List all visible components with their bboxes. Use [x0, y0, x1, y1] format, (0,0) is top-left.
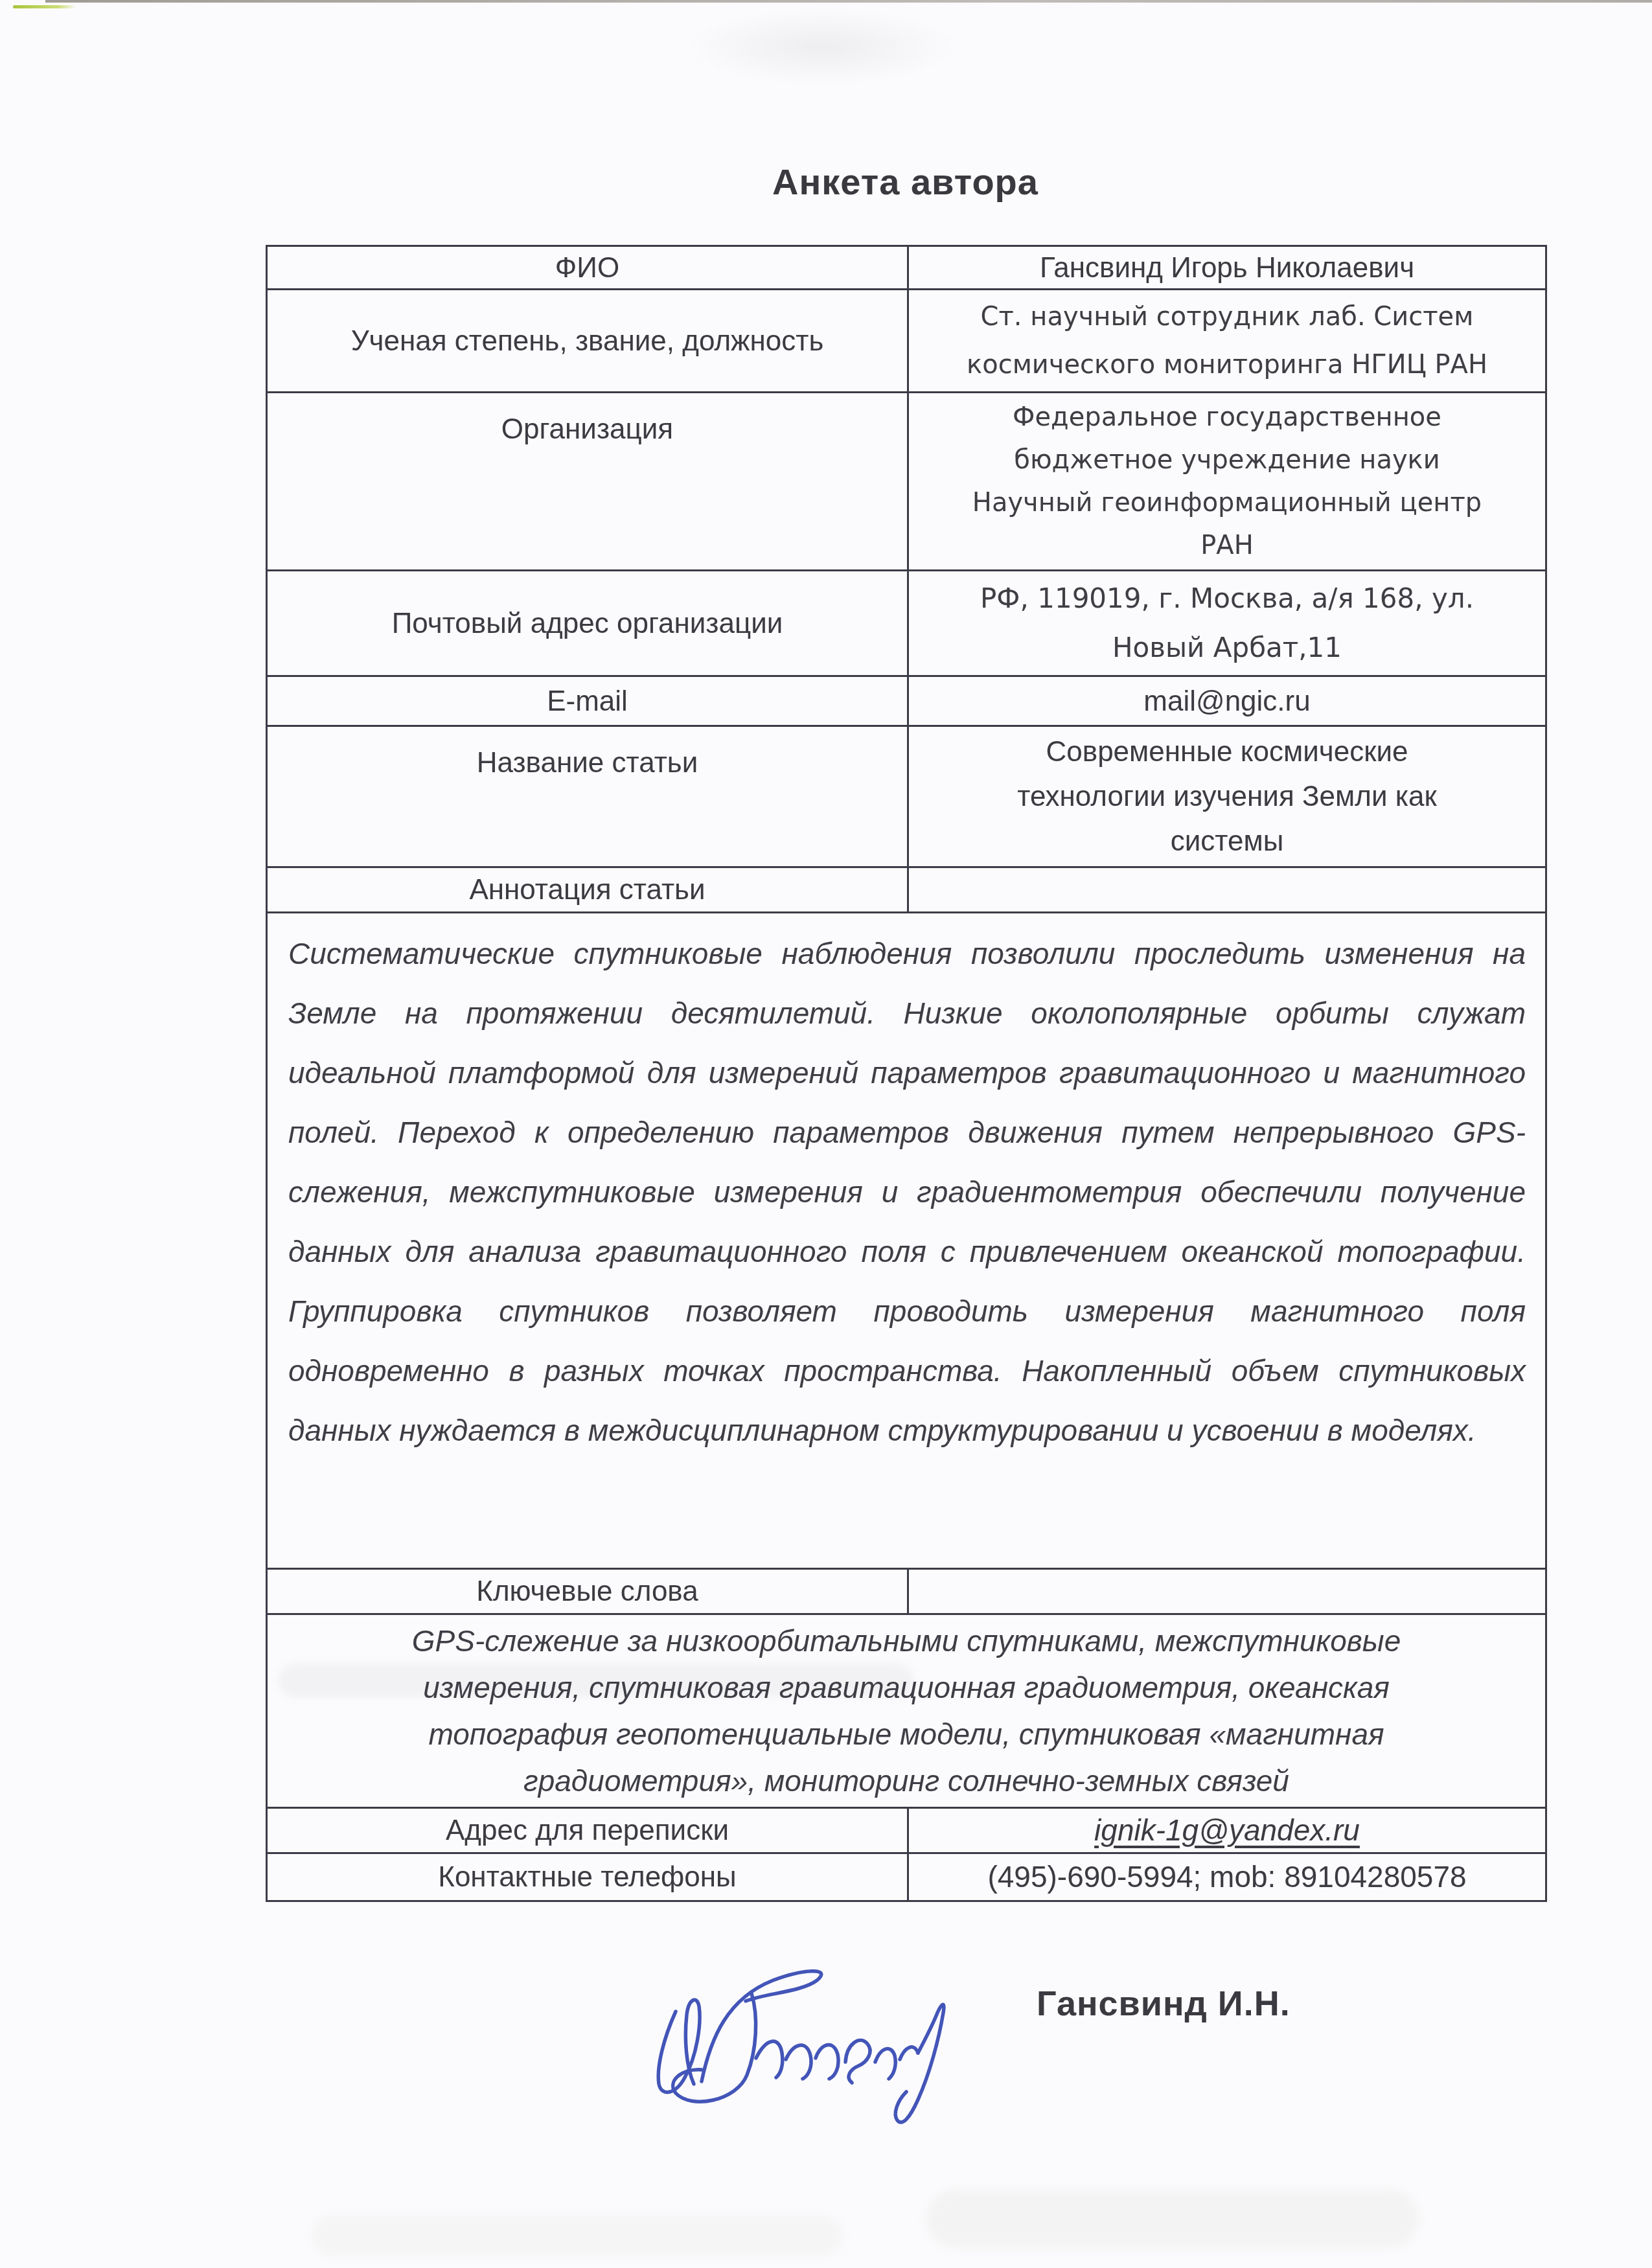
table-row: Название статьи Современные космические …: [267, 726, 1546, 867]
author-form-table: ФИО Гансвинд Игорь Николаевич Ученая сте…: [266, 245, 1547, 1902]
table-row: Адрес для переписки ignik-1g@yandex.ru: [267, 1808, 1546, 1853]
page-title: Анкета автора: [266, 161, 1545, 203]
postal-address-label: Почтовый адрес организации: [267, 571, 908, 676]
signature-image: [619, 1934, 981, 2141]
scanned-author-form-page: Анкета автора ФИО Гансвинд Игорь Николае…: [0, 0, 1652, 2268]
scan-edge-artifact: [45, 0, 1652, 3]
keywords-text: GPS-слежение за низкоорбитальными спутни…: [267, 1614, 1546, 1808]
article-title-label: Название статьи: [267, 726, 908, 867]
phones-label: Контактные телефоны: [267, 1853, 908, 1901]
article-title-value: Современные космические технологии изуче…: [908, 726, 1546, 867]
highlighter-mark: [13, 5, 76, 8]
correspondence-address-label: Адрес для переписки: [267, 1808, 908, 1853]
abstract-empty-cell: [908, 867, 1546, 913]
fio-label: ФИО: [267, 246, 908, 290]
organization-label: Организация: [267, 393, 908, 571]
table-row: E-mail mail@ngic.ru: [267, 676, 1546, 726]
email-label: E-mail: [267, 676, 908, 726]
scan-smudge: [311, 2216, 842, 2256]
correspondence-address-value: ignik-1g@yandex.ru: [908, 1808, 1546, 1853]
table-row: Систематические спутниковые наблюдения п…: [267, 913, 1546, 1569]
table-row: ФИО Гансвинд Игорь Николаевич: [267, 246, 1546, 290]
keywords-empty-cell: [908, 1569, 1546, 1614]
degree-value: Ст. научный сотрудник лаб. Систем космич…: [908, 290, 1546, 393]
table-row: Аннотация статьи: [267, 867, 1546, 913]
table-row: Ключевые слова: [267, 1569, 1546, 1614]
table-row: Почтовый адрес организации РФ, 119019, г…: [267, 571, 1546, 676]
fio-value: Гансвинд Игорь Николаевич: [908, 246, 1546, 290]
keywords-label: Ключевые слова: [267, 1569, 908, 1614]
abstract-text: Систематические спутниковые наблюдения п…: [267, 913, 1546, 1569]
scan-smudge: [926, 2190, 1419, 2248]
table-row: Контактные телефоны (495)-690-5994; mob:…: [267, 1853, 1546, 1901]
postal-address-value: РФ, 119019, г. Москва, а/я 168, ул. Новы…: [908, 571, 1546, 676]
table-row: Организация Федеральное государственное …: [267, 393, 1546, 571]
abstract-label: Аннотация статьи: [267, 867, 908, 913]
table-row: GPS-слежение за низкоорбитальными спутни…: [267, 1614, 1546, 1808]
phones-value: (495)-690-5994; mob: 89104280578: [908, 1853, 1546, 1901]
degree-label: Ученая степень, звание, должность: [267, 290, 908, 393]
email-value: mail@ngic.ru: [908, 676, 1546, 726]
organization-value: Федеральное государственное бюджетное уч…: [908, 393, 1546, 571]
table-row: Ученая степень, звание, должность Ст. на…: [267, 290, 1546, 393]
signature-name: Гансвинд И.Н.: [1037, 1984, 1291, 2024]
scan-smudge: [687, 8, 959, 86]
